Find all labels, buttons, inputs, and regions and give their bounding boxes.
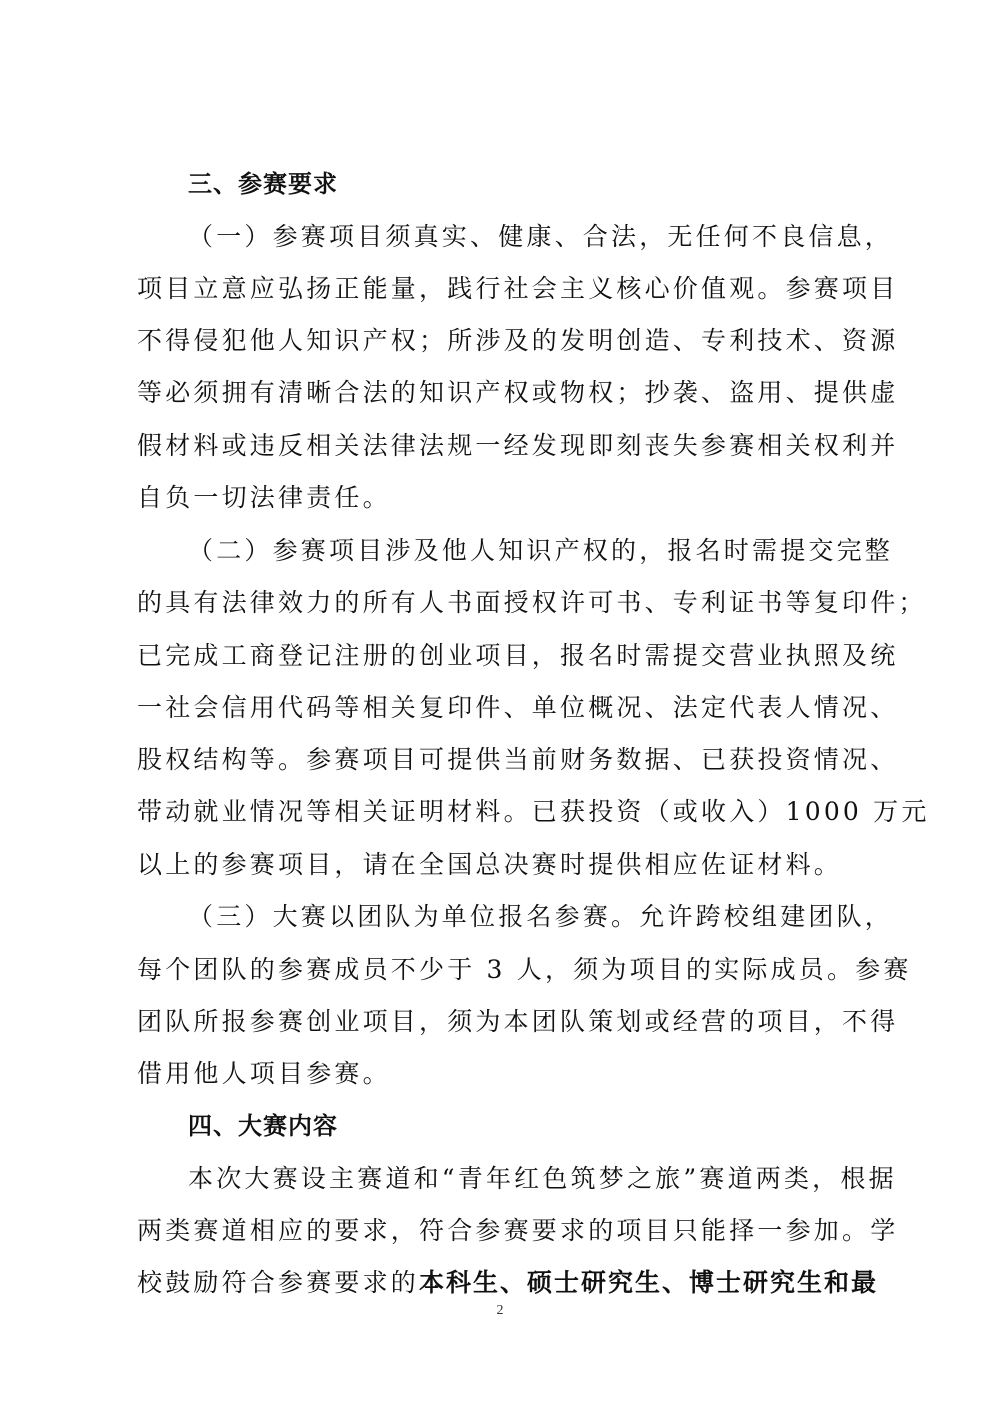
section-heading-content: 四、大赛内容 [188,1111,338,1141]
paragraph-line: （三）大赛以团队为单位报名参赛。允许跨校组建团队， [188,902,867,932]
paragraph-line: 团队所报参赛创业项目，须为本团队策划或经营的项目，不得 [137,1007,867,1037]
paragraph-line: 借用他人项目参赛。 [137,1059,867,1089]
paragraph-line: 股权结构等。参赛项目可提供当前财务数据、已获投资情况、 [137,745,867,775]
paragraph-line: 自负一切法律责任。 [137,483,867,513]
paragraph-line: 每个团队的参赛成员不少于 3 人，须为项目的实际成员。参赛 [137,955,867,985]
page-number: 2 [0,1303,1000,1319]
paragraph-line: 本次大赛设主赛道和“青年红色筑梦之旅”赛道两类，根据 [188,1164,867,1194]
paragraph-text: 校鼓励符合参赛要求的 [137,1268,419,1297]
paragraph-line: （二）参赛项目涉及他人知识产权的，报名时需提交完整 [188,536,867,566]
paragraph-line: 已完成工商登记注册的创业项目，报名时需提交营业执照及统 [137,641,867,671]
paragraph-line: 项目立意应弘扬正能量，践行社会主义核心价值观。参赛项目 [137,274,867,304]
paragraph-line: （一）参赛项目须真实、健康、合法，无任何不良信息， [188,222,867,252]
section-heading-requirements: 三、参赛要求 [188,169,338,199]
document-page: 三、参赛要求 （一）参赛项目须真实、健康、合法，无任何不良信息， 项目立意应弘扬… [0,0,1000,1414]
paragraph-line: 一社会信用代码等相关复印件、单位概况、法定代表人情况、 [137,693,867,723]
paragraph-line: 假材料或违反相关法律法规一经发现即刻丧失参赛相关权利并 [137,431,867,461]
emphasized-text: 本科生、硕士研究生、博士研究生和最 [419,1268,878,1297]
paragraph-line: 两类赛道相应的要求，符合参赛要求的项目只能择一参加。学 [137,1216,867,1246]
paragraph-line: 以上的参赛项目，请在全国总决赛时提供相应佐证材料。 [137,850,867,880]
paragraph-line: 带动就业情况等相关证明材料。已获投资（或收入）1000 万元 [137,797,867,827]
paragraph-line-mixed: 校鼓励符合参赛要求的本科生、硕士研究生、博士研究生和最 [137,1268,867,1298]
paragraph-line: 等必须拥有清晰合法的知识产权或物权；抄袭、盗用、提供虚 [137,378,867,408]
paragraph-line: 不得侵犯他人知识产权；所涉及的发明创造、专利技术、资源 [137,326,867,356]
paragraph-line: 的具有法律效力的所有人书面授权许可书、专利证书等复印件； [137,588,867,618]
